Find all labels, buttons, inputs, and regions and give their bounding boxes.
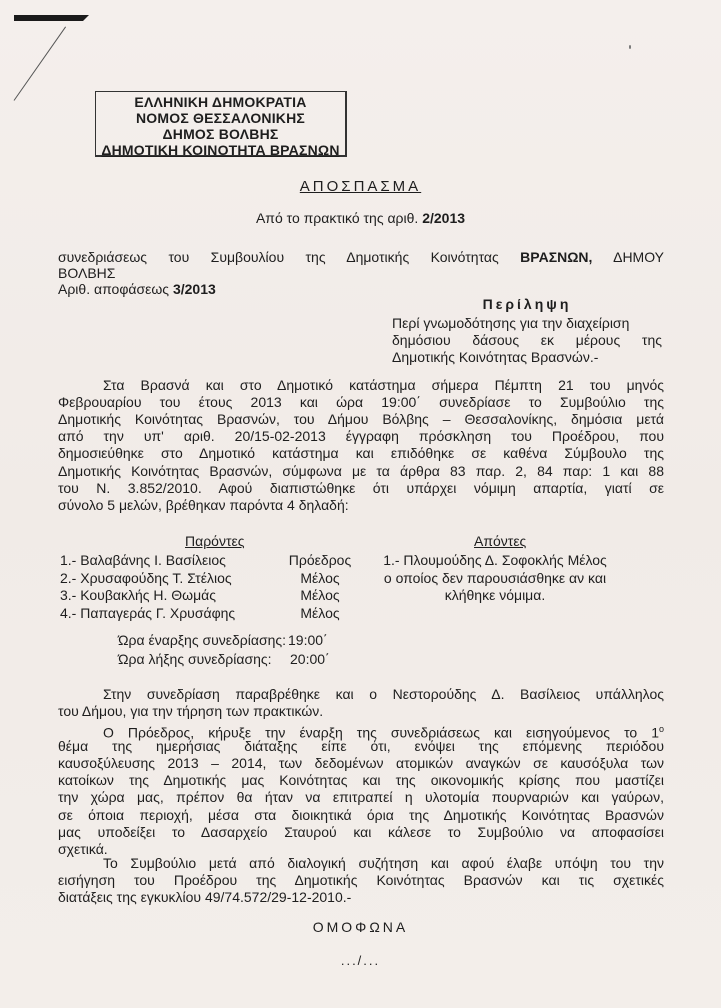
summary-line: Δημοτικής Κοινότητας Βρασνών.- [392,349,662,366]
paragraph-line: Φεβρουαρίου του έτους 2013 και ώρα 19:00… [58,394,664,411]
summary-text: Περί γνωμοδότησης για την διαχείριση δημ… [392,315,662,366]
decision-number-label: Αριθ. αποφάσεως [58,281,169,297]
paragraph-line: μας υποδείξει το Δασαρχείο Σταυρού και κ… [58,824,664,841]
session-line-suffix: ΔΗΜΟΥ [613,249,664,265]
paragraph-line: διατάξεις της εγκυκλίου 49/74.572/29-12-… [58,889,664,906]
paragraph-line: Στην συνεδρίαση παραβρέθηκε και ο Νεστορ… [103,686,664,703]
ordinal-superscript: ο [659,724,664,734]
scan-speck [629,45,631,49]
paragraph-line: από την υπ' αριθ. 20/15-02-2013 έγγραφη … [58,428,664,445]
present-member-role: Μέλος [280,605,360,622]
absent-member-line: 1.- Πλουμούδης Δ. Σοφοκλής Μέλος [370,552,620,569]
letterhead-box: ΕΛΛΗΝΙΚΗ ΔΗΜΟΚΡΑΤΙΑ ΝΟΜΟΣ ΘΕΣΣΑΛΟΝΙΚΗΣ Δ… [95,91,347,157]
present-member-name: 1.- Βαλαβάνης Ι. Βασίλειος [60,552,226,569]
present-heading: Παρόντες [185,533,244,549]
letterhead-line: ΕΛΛΗΝΙΚΗ ΔΗΜΟΚΡΑΤΙΑ [96,94,345,110]
decision-outcome: ΟΜΟΦΩΝΑ [0,919,721,935]
minutes-reference: Από το πρακτικό της αριθ. 2/2013 [0,210,721,226]
end-time-label: Ώρα λήξης συνεδρίασης: [118,651,272,668]
paragraph-line: του Ν. 3.852/2010. Αφού διαπιστώθηκε ότι… [58,480,664,497]
document-title: ΑΠΟΣΠΑΣΜΑ [0,178,721,195]
paragraph-line: σύνολο 5 μελών, βρέθηκαν παρόντα 4 δηλαδ… [58,497,664,514]
present-member-role: Πρόεδρος [280,552,360,569]
session-line: συνεδριάσεως του Συμβουλίου της Δημοτική… [58,249,664,266]
paragraph-line: Δημοτικής Κοινότητας Βρασνών, του Δήμου … [58,411,664,428]
minutes-number: 2/2013 [422,210,465,226]
end-time-value: 20:00΄ [290,651,330,668]
present-member-role: Μέλος [280,570,360,587]
summary-line: δημόσιου δάσους εκ μέρους της [392,332,662,349]
letterhead-line: ΝΟΜΟΣ ΘΕΣΣΑΛΟΝΙΚΗΣ [96,110,345,126]
paragraph-line: σε όποια περιοχή, μέσα στα διοικητικά όρ… [58,807,664,824]
minutes-reference-prefix: Από το πρακτικό της αριθ. [256,210,418,226]
present-member-name: 3.- Κουβακλής Η. Θωμάς [60,587,216,604]
paragraph-line: του Δήμου, για την τήρηση των πρακτικών. [58,703,664,720]
scanned-document-page: ΕΛΛΗΝΙΚΗ ΔΗΜΟΚΡΑΤΙΑ ΝΟΜΟΣ ΘΕΣΣΑΛΟΝΙΚΗΣ Δ… [0,0,721,1008]
paragraph-line: Στα Βρασνά και στο Δημοτικό κατάστημα σή… [103,377,664,394]
municipality-line: ΒΟΛΒΗΣ [58,265,115,282]
community-name: ΒΡΑΣΝΩΝ, [520,249,592,265]
paragraph-line: την χώρα μας, πρέπον θα ήταν να επιτραπε… [58,789,664,806]
paragraph-line: θέμα της ημερήσιας διάταξης είπε ότι, εν… [58,738,664,755]
present-member-name: 4.- Παπαγεράς Γ. Χρυσάφης [60,605,235,622]
start-time-label: Ώρα έναρξης συνεδρίασης: [118,632,286,649]
absent-member-line: ο οποίος δεν παρουσιάσθηκε αν και [370,570,620,587]
paragraph-line: εισήγηση του Προέδρου της Δημοτικής Κοιν… [58,872,664,889]
decision-number: 3/2013 [173,281,216,297]
paragraph-line: καυσοξύλευσης 2013 – 2014, των δεδομένων… [58,755,664,772]
paragraph-line: Το Συμβούλιο μετά από διαλογική συζήτηση… [103,855,664,872]
present-member-name: 2.- Χρυσαφούδης Τ. Στέλιος [60,570,232,587]
corner-fold-line [14,26,66,100]
paragraph-line: Δημοτικής Κοινότητας Βρασνών, σύμφωνα με… [58,463,664,480]
session-line-text: συνεδριάσεως του Συμβουλίου της Δημοτική… [58,249,499,265]
present-member-role: Μέλος [280,587,360,604]
summary-heading: Περίληψη [392,296,662,312]
summary-line: Περί γνωμοδότησης για την διαχείριση [392,315,662,332]
letterhead-line: ΔΗΜΟΤΙΚΗ ΚΟΙΝΟΤΗΤΑ ΒΡΑΣΝΩΝ [96,142,345,158]
absent-member-line: κλήθηκε νόμιμα. [370,587,620,604]
absent-heading: Απόντες [474,533,526,549]
paragraph-line: κατοίκων της Δημοτικής μας Κοινότητας κα… [58,772,664,789]
staple-mark [14,15,89,21]
decision-number-line: Αριθ. αποφάσεως 3/2013 [58,281,216,298]
continuation-mark: .../... [0,953,721,968]
letterhead-line: ΔΗΜΟΣ ΒΟΛΒΗΣ [96,126,345,142]
paragraph-line: δημοσιεύθηκε στο Δημοτικό κατάστημα και … [58,445,664,462]
start-time-value: 19:00΄ [288,632,328,649]
